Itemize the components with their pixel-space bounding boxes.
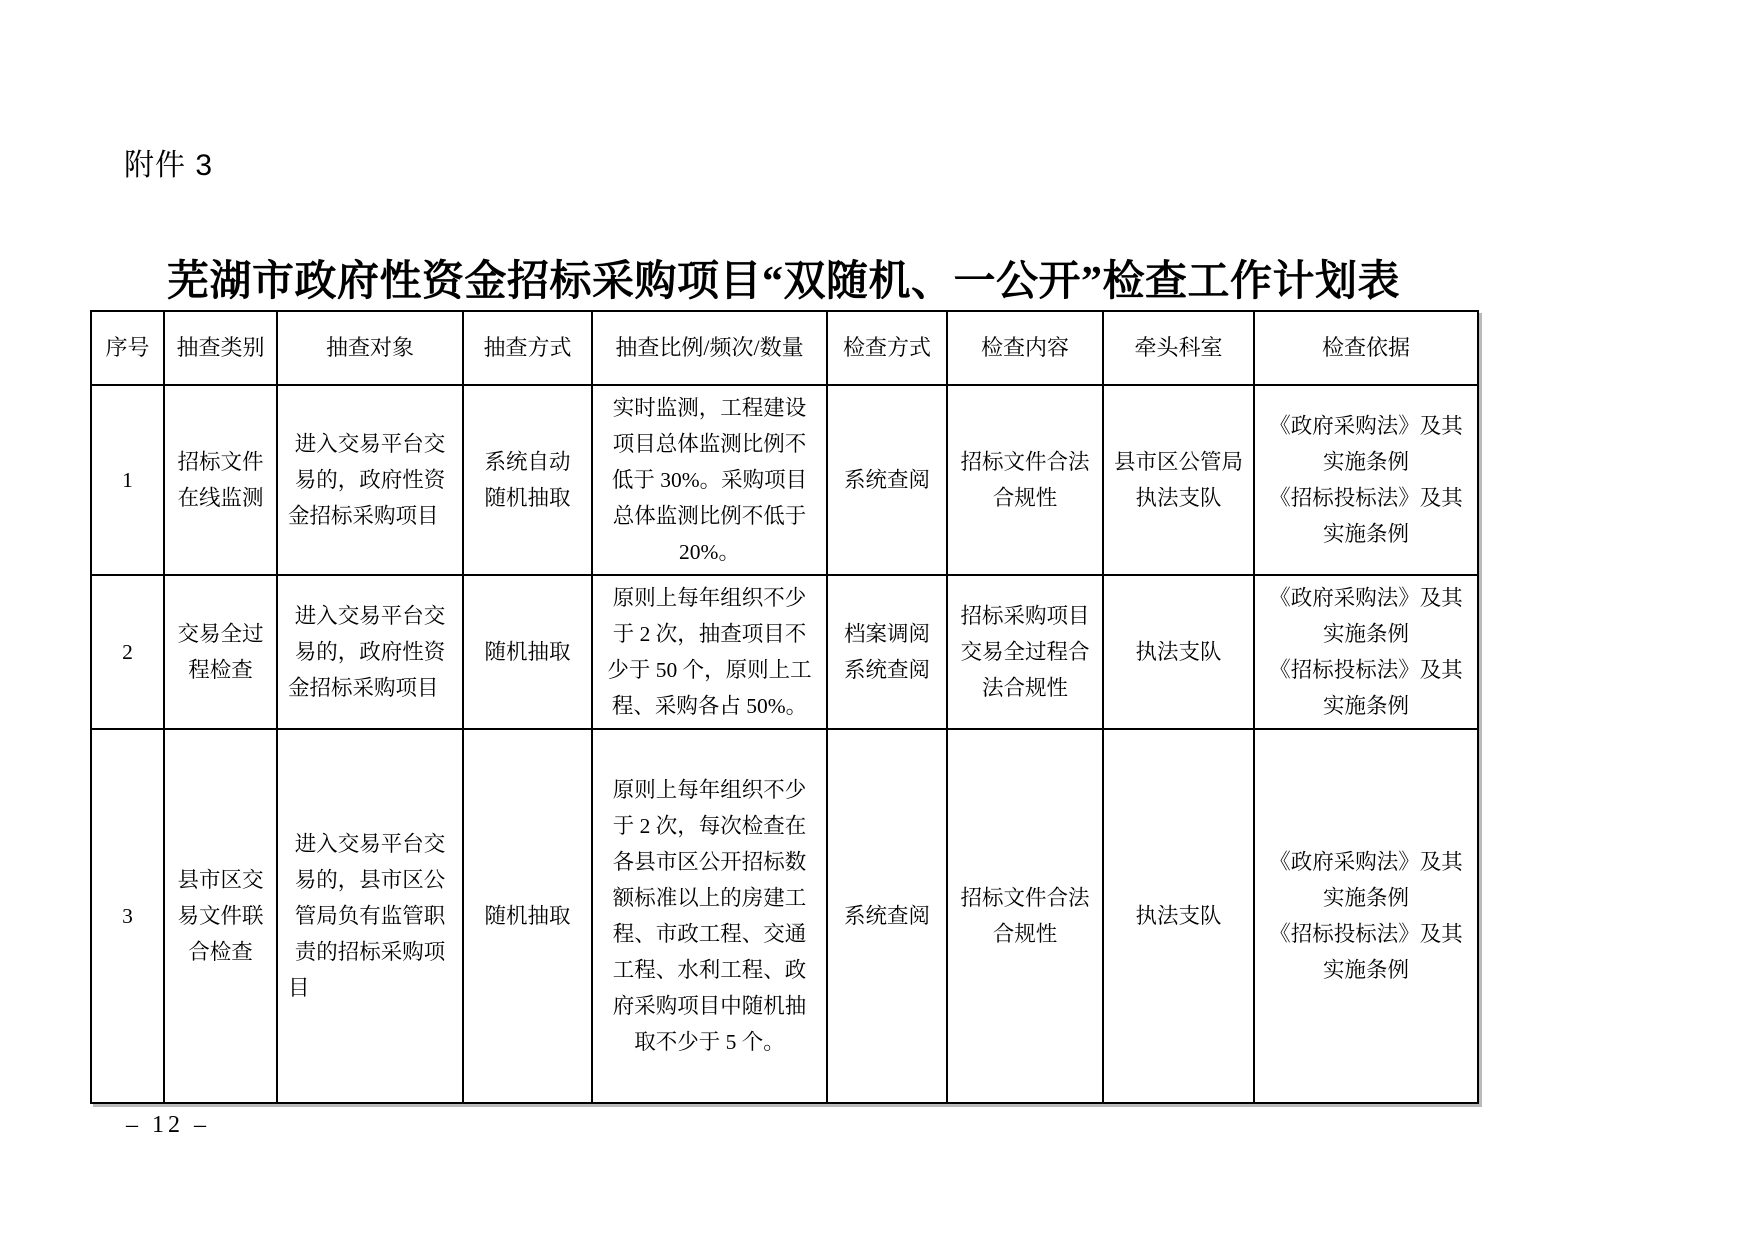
page-number: – 12 – <box>126 1112 210 1139</box>
cell-content: 招标文件合法合规性 <box>947 385 1103 575</box>
cell-sampling-method: 随机抽取 <box>463 729 592 1103</box>
inspection-plan-table: 序号 抽查类别 抽查对象 抽查方式 抽查比例/频次/数量 检查方式 检查内容 牵… <box>90 310 1479 1104</box>
cell-ratio: 实时监测，工程建设项目总体监测比例不低于 30%。采购项目总体监测比例不低于 2… <box>592 385 827 575</box>
cell-sampling-method: 系统自动随机抽取 <box>463 385 592 575</box>
column-header-seq: 序号 <box>91 311 164 385</box>
cell-content: 招标文件合法合规性 <box>947 729 1103 1103</box>
cell-inspection-method: 系统查阅 <box>827 385 947 575</box>
page-title: 芜湖市政府性资金招标采购项目“双随机、一公开”检查工作计划表 <box>90 248 1477 308</box>
table-row: 3 县市区交易文件联合检查 进入交易平台交易的，县市区公管局负有监管职责的招标采… <box>91 729 1478 1103</box>
cell-ratio: 原则上每年组织不少于 2 次，每次检查在各县市区公开招标数额标准以上的房建工程、… <box>592 729 827 1103</box>
cell-lead-department: 县市区公管局执法支队 <box>1103 385 1254 575</box>
column-header-inspection-method: 检查方式 <box>827 311 947 385</box>
cell-seq: 3 <box>91 729 164 1103</box>
cell-content: 招标采购项目交易全过程合法合规性 <box>947 575 1103 729</box>
column-header-lead-department: 牵头科室 <box>1103 311 1254 385</box>
cell-target: 进入交易平台交易的，政府性资金招标采购项目 <box>277 575 463 729</box>
cell-category: 交易全过程检查 <box>164 575 277 729</box>
cell-basis: 《政府采购法》及其实施条例 《招标投标法》及其实施条例 <box>1254 385 1478 575</box>
cell-seq: 2 <box>91 575 164 729</box>
column-header-basis: 检查依据 <box>1254 311 1478 385</box>
column-header-target: 抽查对象 <box>277 311 463 385</box>
cell-ratio: 原则上每年组织不少于 2 次，抽查项目不少于 50 个，原则上工程、采购各占 5… <box>592 575 827 729</box>
column-header-content: 检查内容 <box>947 311 1103 385</box>
cell-sampling-method: 随机抽取 <box>463 575 592 729</box>
cell-category: 县市区交易文件联合检查 <box>164 729 277 1103</box>
column-header-sampling-method: 抽查方式 <box>463 311 592 385</box>
cell-seq: 1 <box>91 385 164 575</box>
table-row: 2 交易全过程检查 进入交易平台交易的，政府性资金招标采购项目 随机抽取 原则上… <box>91 575 1478 729</box>
column-header-ratio: 抽查比例/频次/数量 <box>592 311 827 385</box>
cell-basis: 《政府采购法》及其实施条例 《招标投标法》及其实施条例 <box>1254 729 1478 1103</box>
cell-inspection-method: 档案调阅 系统查阅 <box>827 575 947 729</box>
cell-basis: 《政府采购法》及其实施条例 《招标投标法》及其实施条例 <box>1254 575 1478 729</box>
cell-target: 进入交易平台交易的，政府性资金招标采购项目 <box>277 385 463 575</box>
table-row: 1 招标文件在线监测 进入交易平台交易的，政府性资金招标采购项目 系统自动随机抽… <box>91 385 1478 575</box>
attachment-label: 附件 3 <box>124 140 213 184</box>
cell-category: 招标文件在线监测 <box>164 385 277 575</box>
cell-inspection-method: 系统查阅 <box>827 729 947 1103</box>
cell-target: 进入交易平台交易的，县市区公管局负有监管职责的招标采购项目 <box>277 729 463 1103</box>
table-header-row: 序号 抽查类别 抽查对象 抽查方式 抽查比例/频次/数量 检查方式 检查内容 牵… <box>91 311 1478 385</box>
cell-lead-department: 执法支队 <box>1103 729 1254 1103</box>
cell-lead-department: 执法支队 <box>1103 575 1254 729</box>
column-header-category: 抽查类别 <box>164 311 277 385</box>
